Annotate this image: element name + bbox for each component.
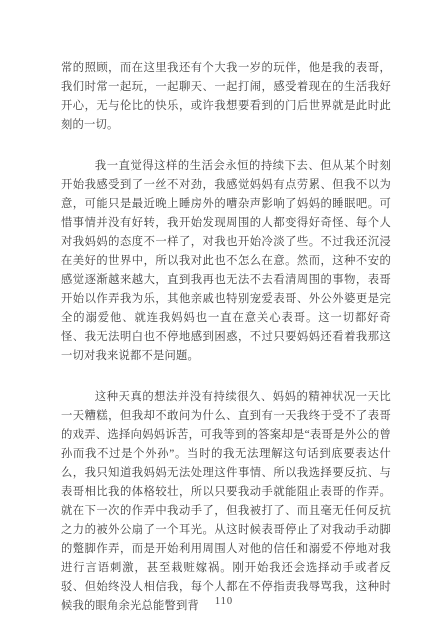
page-number: 110: [0, 596, 448, 607]
paragraph: 我一直觉得这样的生活会永恒的持续下去、但从某个时刻开始我感受到了一丝不对劲，我感…: [61, 157, 391, 366]
paragraph: 常的照顾，而在这里我还有个大我一岁的玩伴，他是我的表哥，我们时常一起玩，一起聊天…: [61, 59, 391, 135]
paragraph: 这种天真的想法并没有持续很久、妈妈的精神状况一天比一天糟糕，但我却不敢问为什么、…: [61, 388, 391, 616]
document-page: 常的照顾，而在这里我还有个大我一岁的玩伴，他是我的表哥，我们时常一起玩，一起聊天…: [0, 0, 448, 640]
text-column: 常的照顾，而在这里我还有个大我一岁的玩伴，他是我的表哥，我们时常一起玩，一起聊天…: [61, 59, 391, 616]
